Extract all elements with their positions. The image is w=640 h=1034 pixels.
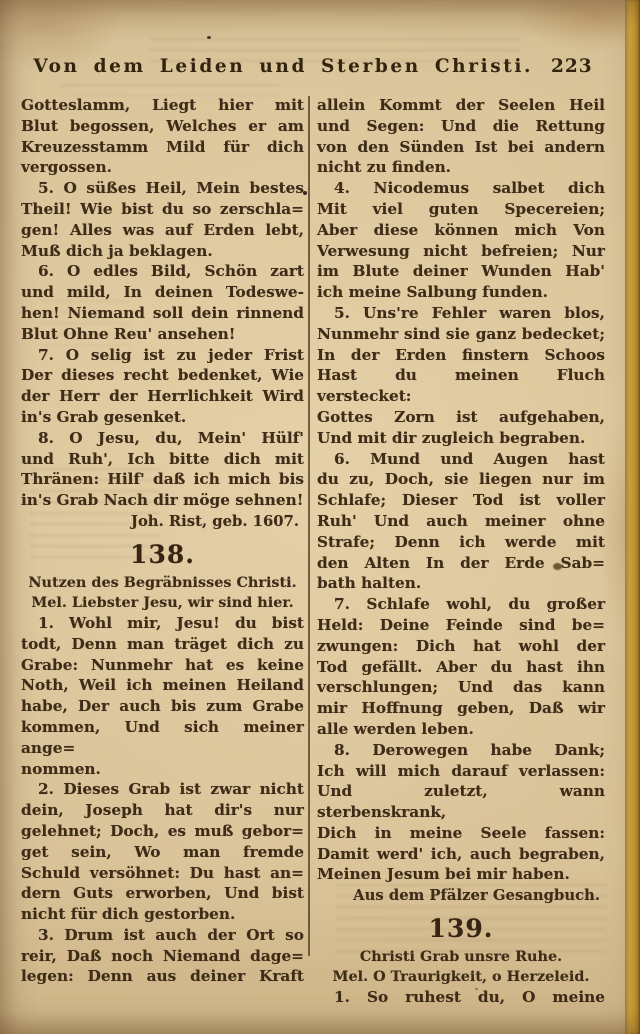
attribution: Aus dem Pfälzer Gesangbuch.	[317, 885, 605, 906]
hymn-subtitle: Christi Grab unsre Ruhe.	[317, 947, 605, 967]
verse-line: Grabe: Nunmehr hat es keine	[21, 655, 304, 676]
verse-line: in's Grab Nach dir möge sehnen!	[21, 490, 304, 511]
verse-line: Schuld versöhnet: Du hast an=	[21, 863, 304, 884]
verse-line: Ich will mich darauf verlassen:	[317, 761, 605, 782]
verse-line: Gottes Zorn ist aufgehaben,	[317, 407, 605, 428]
verse-line: Blut begossen, Welches er am	[21, 116, 304, 137]
verse-line: allein Kommt der Seelen Heil	[317, 95, 605, 116]
paper-stain	[520, 0, 640, 52]
verse-line: nicht zu finden.	[317, 157, 605, 178]
verse-line: 5. O süßes Heil, Mein bestes	[21, 178, 304, 199]
verse-line: nicht für dich gestorben.	[21, 904, 304, 925]
verse-line: Noth, Weil ich meinen Heiland	[21, 675, 304, 696]
verse-line: todt, Denn man träget dich zu	[21, 634, 304, 655]
verse-line: Hast du meinen Fluch verstecket:	[317, 365, 605, 407]
verse-line: Held: Deine Feinde sind be=	[317, 615, 605, 636]
verse-line: 5. Uns're Fehler waren blos,	[317, 303, 605, 324]
verse-line: gen! Alles was auf Erden lebt,	[21, 220, 304, 241]
verse-line: Gotteslamm, Liegt hier mit	[21, 95, 304, 116]
verse-line: 8. O Jesu, du, Mein' Hülf'	[21, 428, 304, 449]
verse-line: 2. Dieses Grab ist zwar nicht	[21, 779, 304, 800]
verse-line: gelehnet; Doch, es muß gebor=	[21, 821, 304, 842]
running-header: Von dem Leiden und Sterben Christi. 223	[0, 56, 626, 77]
verse-line: Strafe; Denn ich werde mit	[317, 532, 605, 553]
verse-line: zwungen: Dich hat wohl der	[317, 636, 605, 657]
verse-line: und mild, In deinen Todeswe-	[21, 282, 304, 303]
verse-line: mir Hoffnung geben, Daß wir	[317, 698, 605, 719]
page-number: 223	[551, 56, 593, 77]
verse-line: Nunmehr sind sie ganz bedecket;	[317, 324, 605, 345]
verse-line: habe, Der auch bis zum Grabe	[21, 696, 304, 717]
verse-line: In der Erden finstern Schoos	[317, 345, 605, 366]
hymn-subtitle: Nutzen des Begräbnisses Christi.	[21, 573, 304, 593]
verse-line: Ruh' Und auch meiner ohne	[317, 511, 605, 532]
verse-line: kommen, Und sich meiner ange=	[21, 717, 304, 759]
running-title: Von dem Leiden und Sterben Christi.	[33, 56, 533, 77]
verse-line: 4. Nicodemus salbet dich	[317, 178, 605, 199]
melody-reference: Mel. O Traurigkeit, o Herzeleid.	[317, 967, 605, 987]
verse-line: 6. O edles Bild, Schön zart	[21, 261, 304, 282]
verse-line: 7. Schlafe wohl, du großer	[317, 594, 605, 615]
verse-line: alle werden leben.	[317, 719, 605, 740]
verse-line: 8. Derowegen habe Dank;	[317, 740, 605, 761]
verse-line: 3. Drum ist auch der Ort so	[21, 925, 304, 946]
verse-line: bath halten.	[317, 573, 605, 594]
hymn-number: 138.	[21, 540, 304, 570]
verse-line: dern Guts erworben, Und bist	[21, 883, 304, 904]
verse-line: im Blute deiner Wunden Hab'	[317, 261, 605, 282]
verse-line: den Alten In der Erde Sab=	[317, 553, 605, 574]
hymnal-page-scan: Von dem Leiden und Sterben Christi. 223 …	[0, 0, 640, 1034]
verse-line: 1. Wohl mir, Jesu! du bist	[21, 613, 304, 634]
verse-line: vergossen.	[21, 157, 304, 178]
verse-line: verschlungen; Und das kann	[317, 677, 605, 698]
verse-line: Tod gefällt. Aber du hast ihn	[317, 657, 605, 678]
verse-line: Muß dich ja beklagen.	[21, 241, 304, 262]
hymn-number: 139.	[317, 914, 605, 944]
verse-line: Theil! Wie bist du so zerschla=	[21, 199, 304, 220]
verse-line: ich meine Salbung funden.	[317, 282, 605, 303]
verse-line: Verwesung nicht befreien; Nur	[317, 241, 605, 262]
verse-line: Thränen: Hilf' daß ich mich bis	[21, 469, 304, 490]
verse-line: 1. So ruhest du, O meine	[317, 987, 605, 1008]
verse-line: Dich in meine Seele fassen:	[317, 823, 605, 844]
verse-line: Und zuletzt, wann sterbenskrank,	[317, 781, 605, 823]
verse-line: legen: Denn aus deiner Kraft	[21, 966, 304, 987]
verse-line: der Herr der Herrlichkeit Wird	[21, 386, 304, 407]
verse-line: reir, Daß noch Niemand dage=	[21, 946, 304, 967]
verse-line: 6. Mund und Augen hast	[317, 449, 605, 470]
attribution: Joh. Rist, geb. 1607.	[21, 511, 304, 532]
verse-line: Blut Ohne Reu' ansehen!	[21, 324, 304, 345]
verse-line: Und mit dir zugleich begraben.	[317, 428, 605, 449]
ink-speck	[207, 36, 211, 39]
verse-line: Meinen Jesum bei mir haben.	[317, 864, 605, 885]
verse-line: und Segen: Und die Rettung	[317, 116, 605, 137]
verse-line: Der dieses recht bedenket, Wie	[21, 365, 304, 386]
verse-line: Mit viel guten Specereien;	[317, 199, 605, 220]
verse-line: Aber diese können mich Von	[317, 220, 605, 241]
melody-reference: Mel. Liebster Jesu, wir sind hier.	[21, 593, 304, 613]
text-column-left: Gotteslamm, Liegt hier mitBlut begossen,…	[21, 95, 304, 987]
verse-line: hen! Niemand soll dein rinnend	[21, 303, 304, 324]
column-divider-rule	[308, 96, 310, 956]
verse-line: Kreuzesstamm Mild für dich	[21, 137, 304, 158]
text-column-right: allein Kommt der Seelen Heilund Segen: U…	[317, 95, 605, 1008]
verse-line: du zu, Doch, sie liegen nur im	[317, 469, 605, 490]
verse-line: und Ruh', Ich bitte dich mit	[21, 449, 304, 470]
verse-line: in's Grab gesenket.	[21, 407, 304, 428]
verse-line: von den Sünden Ist bei andern	[317, 137, 605, 158]
verse-line: Schlafe; Dieser Tod ist voller	[317, 490, 605, 511]
gilded-page-edge	[625, 0, 640, 1034]
verse-line: nommen.	[21, 759, 304, 780]
verse-line: Damit werd' ich, auch begraben,	[317, 844, 605, 865]
verse-line: 7. O selig ist zu jeder Frist	[21, 345, 304, 366]
verse-line: dein, Joseph hat dir's nur	[21, 800, 304, 821]
verse-line: get sein, Wo man fremde	[21, 842, 304, 863]
